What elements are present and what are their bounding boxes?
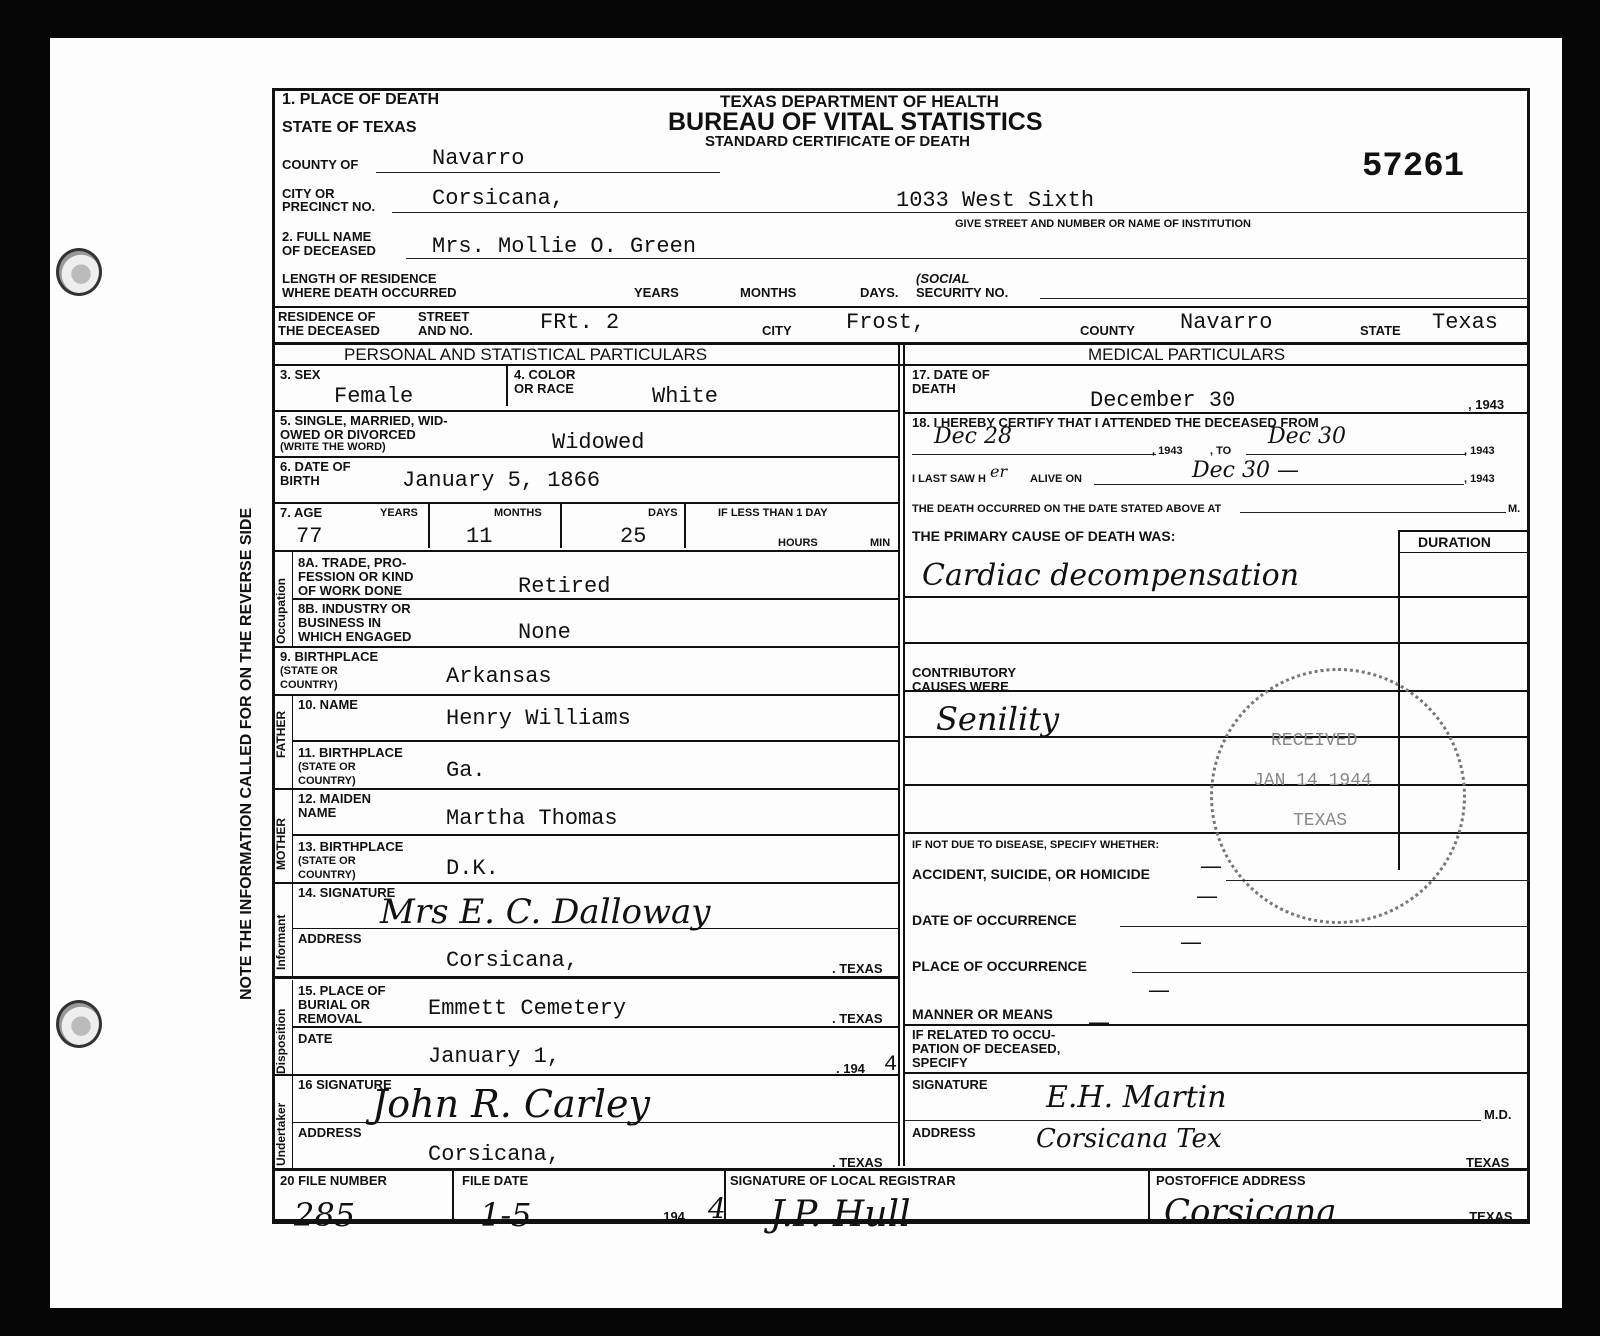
- age-days: 25: [620, 524, 646, 549]
- county-label: COUNTY OF: [282, 158, 358, 171]
- industry-label-3: WHICH ENGAGED: [298, 630, 411, 643]
- received-stamp: RECEIVED JAN 14 1944 TEXAS: [1210, 668, 1466, 924]
- alive-on-label: ALIVE ON: [1030, 474, 1082, 485]
- occupation-related-label-3: SPECIFY: [912, 1056, 968, 1069]
- trade-label: 8A. TRADE, PRO-: [298, 556, 406, 569]
- manner-label: MANNER OR MEANS: [912, 1008, 1053, 1021]
- medical-section-title: MEDICAL PARTICULARS: [1088, 345, 1285, 365]
- dod-year: , 1943: [1468, 398, 1504, 411]
- burial-date-label: DATE: [298, 1032, 332, 1045]
- father-birthplace-label-3: COUNTRY): [298, 776, 356, 787]
- mother-birthplace: D.K.: [446, 856, 499, 881]
- trade-label-2: FESSION OR KIND: [298, 570, 414, 583]
- file-date-label: FILE DATE: [462, 1174, 528, 1187]
- personal-section-title: PERSONAL AND STATISTICAL PARTICULARS: [344, 345, 707, 365]
- mother-birthplace-label-3: COUNTRY): [298, 870, 356, 881]
- race-label: 4. COLOR: [514, 368, 575, 381]
- hours-label: HOURS: [778, 538, 818, 549]
- residence-city: Frost,: [846, 310, 925, 335]
- file-number: 285: [294, 1196, 355, 1234]
- dod-label-2: DEATH: [912, 382, 956, 395]
- marital-status: Widowed: [552, 430, 644, 455]
- residence-county: Navarro: [1180, 310, 1272, 335]
- ssn-label-2: SECURITY NO.: [916, 286, 1008, 299]
- primary-cause: Cardiac decompensation: [922, 558, 1299, 593]
- occupation-side-label: Occupation: [274, 578, 288, 644]
- residence-state: Texas: [1432, 310, 1498, 335]
- contributory-label: CONTRIBUTORY: [912, 666, 1016, 679]
- burial-date: January 1,: [428, 1044, 560, 1069]
- res-county-label: COUNTY: [1080, 324, 1135, 337]
- last-saw-label: I LAST SAW H: [912, 474, 986, 485]
- physician-signature-label: SIGNATURE: [912, 1078, 988, 1091]
- industry-label-2: BUSINESS IN: [298, 616, 381, 629]
- accident-value: —: [1200, 854, 1222, 879]
- file-number-label: 20 FILE NUMBER: [280, 1174, 387, 1187]
- last-saw-date: Dec 30 —: [1192, 458, 1299, 483]
- residence-street: FRt. 2: [540, 310, 619, 335]
- burial-label-3: REMOVAL: [298, 1012, 362, 1025]
- place-occurrence-label: PLACE OF OCCURRENCE: [912, 960, 1087, 973]
- race-value: White: [652, 384, 718, 409]
- last-saw-pronoun: er: [990, 462, 1007, 481]
- marital-label: 5. SINGLE, MARRIED, WID-: [280, 414, 448, 427]
- birthplace-label: 9. BIRTHPLACE: [280, 650, 378, 663]
- father-name-label: 10. NAME: [298, 698, 358, 711]
- father-side-label: FATHER: [274, 711, 288, 758]
- place-of-death-label: 1. PLACE OF DEATH: [282, 92, 439, 107]
- informant-texas-label: . TEXAS: [832, 962, 883, 975]
- attended-to-year: , 1943: [1464, 446, 1495, 457]
- file-year-prefix: , 194: [656, 1210, 685, 1223]
- stamp-line-1: RECEIVED: [1271, 731, 1357, 751]
- attended-from: Dec 28: [934, 424, 1012, 449]
- father-name: Henry Williams: [446, 706, 631, 731]
- burial-label: 15. PLACE OF: [298, 984, 385, 997]
- res-state-label: STATE: [1360, 324, 1401, 337]
- ssn-label: (SOCIAL: [916, 272, 969, 285]
- father-birthplace-label: 11. BIRTHPLACE: [298, 746, 403, 759]
- informant-address-label: ADDRESS: [298, 932, 362, 945]
- age-label: 7. AGE: [280, 506, 322, 519]
- physician-address-label: ADDRESS: [912, 1126, 976, 1139]
- burial-texas-label: . TEXAS: [832, 1012, 883, 1025]
- industry-value: None: [518, 620, 571, 645]
- date-occurrence-value: —: [1196, 884, 1218, 909]
- dod-label: 17. DATE OF: [912, 368, 990, 381]
- file-date: 1-5: [480, 1196, 532, 1234]
- residence-label-2: THE DECEASED: [278, 324, 380, 337]
- days-label: DAYS.: [860, 286, 899, 299]
- manner-value: —: [1148, 978, 1170, 1003]
- undertaker-signature: John R. Carley: [372, 1082, 650, 1126]
- name-label: 2. FULL NAME: [282, 230, 371, 243]
- mother-name-label-2: NAME: [298, 806, 336, 819]
- mother-birthplace-label: 13. BIRTHPLACE: [298, 840, 403, 853]
- state-label: STATE OF TEXAS: [282, 120, 417, 135]
- trade-value: Retired: [518, 574, 610, 599]
- stamp-line-3: TEXAS: [1293, 811, 1347, 831]
- age-days-label: DAYS: [648, 508, 678, 519]
- md-label: M.D.: [1484, 1108, 1511, 1121]
- min-label: MIN: [870, 538, 890, 549]
- dob-label: 6. DATE OF: [280, 460, 351, 473]
- date-occurrence-label: DATE OF OCCURRENCE: [912, 914, 1077, 927]
- mother-name-label: 12. MAIDEN: [298, 792, 371, 805]
- attended-from-year: , 1943: [1152, 446, 1183, 457]
- trade-label-3: OF WORK DONE: [298, 584, 402, 597]
- race-label-2: OR RACE: [514, 382, 574, 395]
- birthplace-label-3: COUNTRY): [280, 680, 338, 691]
- res-street-label-2: AND NO.: [418, 324, 473, 337]
- street-value: 1033 West Sixth: [896, 188, 1094, 213]
- dod-value: December 30: [1090, 388, 1235, 413]
- last-saw-year: , 1943: [1464, 474, 1495, 485]
- residence-length-label-2: WHERE DEATH OCCURRED: [282, 286, 457, 299]
- precinct-label: PRECINCT NO.: [282, 200, 375, 213]
- less-than-day-label: IF LESS THAN 1 DAY: [718, 508, 828, 519]
- sex-value: Female: [334, 384, 413, 409]
- occupation-related-label: IF RELATED TO OCCU-: [912, 1028, 1055, 1041]
- undertaker-side-label: Undertaker: [274, 1103, 288, 1166]
- dob-value: January 5, 1866: [402, 468, 600, 493]
- to-label: , TO: [1210, 446, 1231, 457]
- burial-label-2: BURIAL OR: [298, 998, 370, 1011]
- industry-label: 8B. INDUSTRY OR: [298, 602, 411, 615]
- mother-birthplace-label-2: (STATE OR: [298, 856, 356, 867]
- res-city-label: CITY: [762, 324, 792, 337]
- birthplace-value: Arkansas: [446, 664, 552, 689]
- informant-address: Corsicana,: [446, 948, 578, 973]
- registrar-signature-label: SIGNATURE OF LOCAL REGISTRAR: [730, 1174, 956, 1187]
- informant-signature: Mrs E. C. Dalloway: [380, 892, 711, 932]
- undertaker-address: Corsicana,: [428, 1142, 560, 1167]
- mother-name: Martha Thomas: [446, 806, 618, 831]
- sex-label: 3. SEX: [280, 368, 320, 381]
- place-occurrence-value: —: [1180, 930, 1202, 955]
- marital-label-2: OWED OR DIVORCED: [280, 428, 416, 441]
- county-value: Navarro: [432, 146, 524, 171]
- birthplace-label-2: (STATE OR: [280, 666, 338, 677]
- years-label: YEARS: [634, 286, 679, 299]
- occupation-related-value: —: [1088, 1010, 1110, 1035]
- punch-hole-icon: [56, 1000, 102, 1048]
- dob-label-2: BIRTH: [280, 474, 320, 487]
- time-suffix: M.: [1508, 504, 1520, 515]
- form-title: STANDARD CERTIFICATE OF DEATH: [705, 133, 970, 150]
- age-months: 11: [466, 524, 492, 549]
- months-label: MONTHS: [740, 286, 796, 299]
- postoffice-label: POSTOFFICE ADDRESS: [1156, 1174, 1306, 1187]
- age-years-label: YEARS: [380, 508, 418, 519]
- disposition-side-label: Disposition: [274, 1009, 288, 1074]
- father-birthplace-label-2: (STATE OR: [298, 762, 356, 773]
- registrar-signature: J.P. Hull: [770, 1194, 911, 1235]
- mother-side-label: MOTHER: [274, 818, 288, 870]
- contributory-cause: Senility: [936, 700, 1059, 738]
- duration-label: DURATION: [1418, 536, 1491, 549]
- primary-cause-label: THE PRIMARY CAUSE OF DEATH WAS:: [912, 530, 1175, 543]
- undertaker-address-label: ADDRESS: [298, 1126, 362, 1139]
- physician-address: Corsicana Tex: [1036, 1124, 1222, 1154]
- reverse-side-note: NOTE THE INFORMATION CALLED FOR ON THE R…: [238, 508, 256, 1000]
- occupation-related-label-2: PATION OF DECEASED,: [912, 1042, 1060, 1055]
- postoffice-address: Corsicana: [1164, 1192, 1337, 1232]
- residence-label: RESIDENCE OF: [278, 310, 376, 323]
- father-birthplace: Ga.: [446, 758, 486, 783]
- age-years: 77: [296, 524, 322, 549]
- accident-label: ACCIDENT, SUICIDE, OR HOMICIDE: [912, 868, 1150, 881]
- physician-signature: E.H. Martin: [1046, 1080, 1227, 1115]
- res-street-label: STREET: [418, 310, 469, 323]
- postoffice-texas-label: , TEXAS: [1462, 1210, 1513, 1223]
- informant-side-label: Informant: [274, 915, 288, 970]
- not-disease-label: IF NOT DUE TO DISEASE, SPECIFY WHETHER:: [912, 840, 1159, 851]
- residence-length-label: LENGTH OF RESIDENCE: [282, 272, 437, 285]
- certificate-number: 57261: [1362, 148, 1464, 186]
- stamp-line-2: JAN 14 1944: [1253, 771, 1372, 791]
- attended-to: Dec 30: [1268, 424, 1346, 449]
- marital-label-3: (WRITE THE WORD): [280, 442, 386, 453]
- street-hint: GIVE STREET AND NUMBER OR NAME OF INSTIT…: [955, 219, 1251, 230]
- city-value: Corsicana,: [432, 186, 564, 211]
- burial-place: Emmett Cemetery: [428, 996, 626, 1021]
- name-label-2: OF DECEASED: [282, 244, 376, 257]
- age-months-label: MONTHS: [494, 508, 542, 519]
- time-of-death-label: THE DEATH OCCURRED ON THE DATE STATED AB…: [912, 504, 1221, 515]
- punch-hole-icon: [56, 248, 102, 296]
- deceased-name: Mrs. Mollie O. Green: [432, 234, 696, 259]
